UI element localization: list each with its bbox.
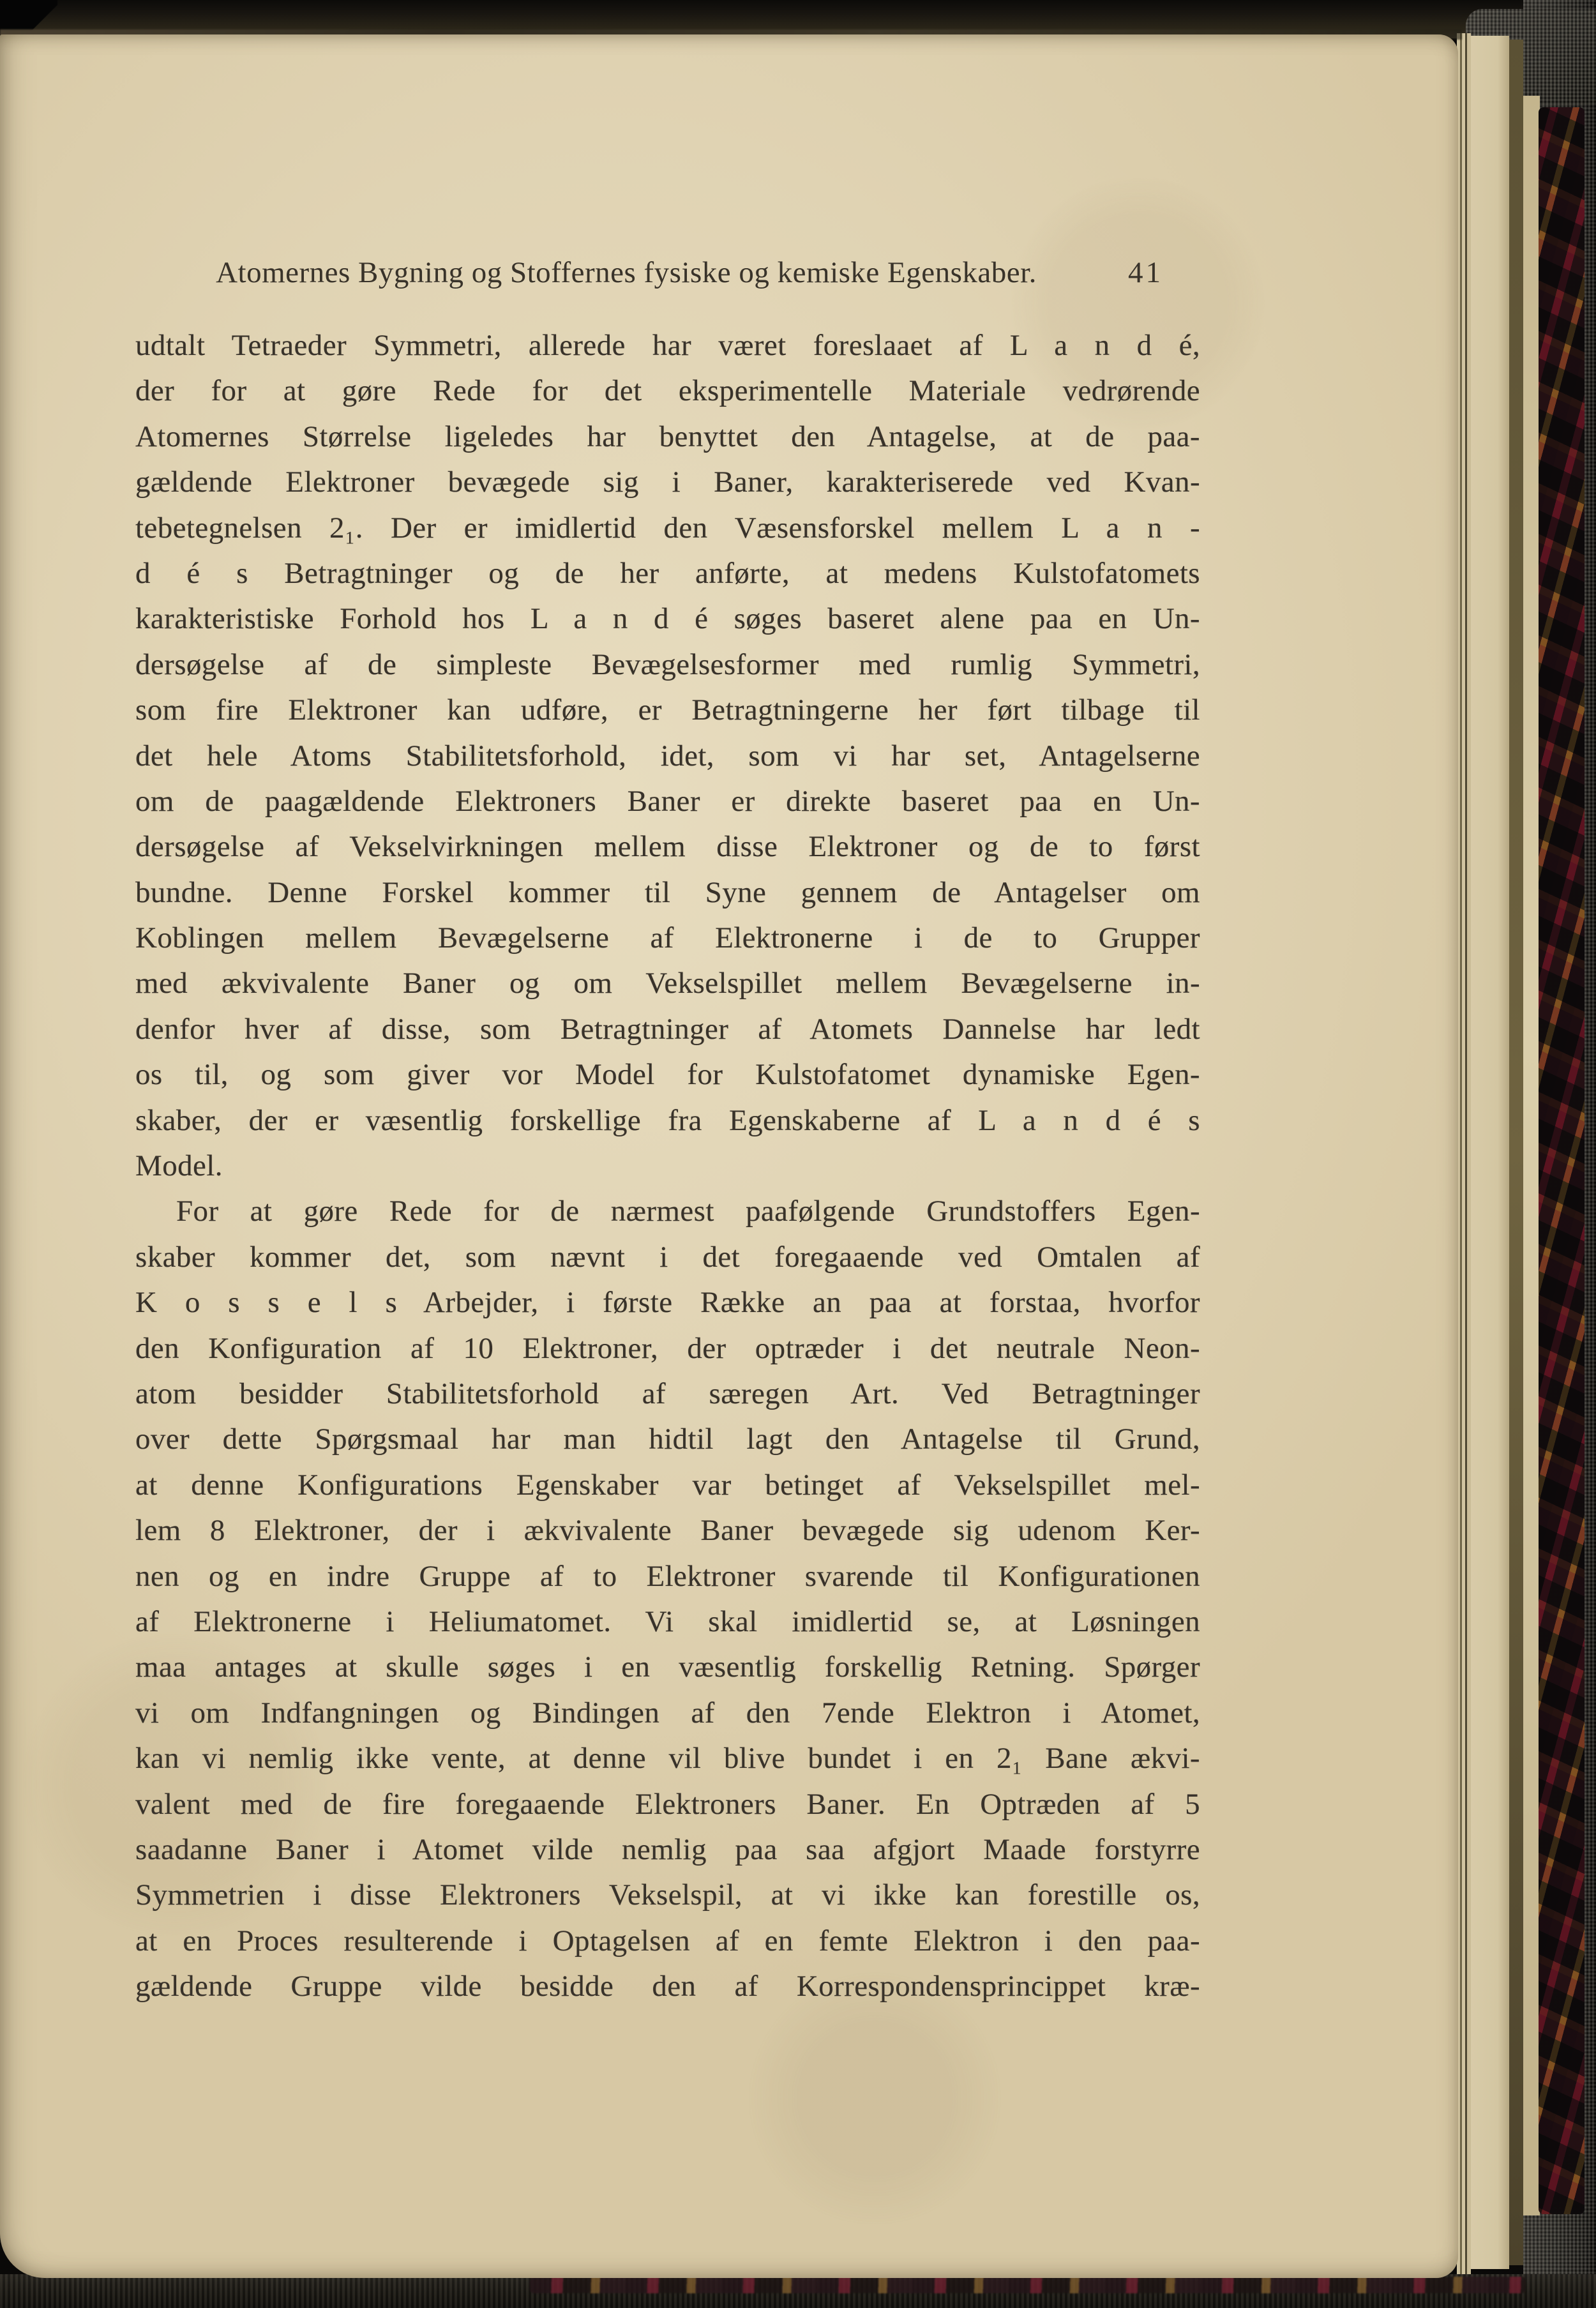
body-line: K o s s e l s Arbejder, i første Række a…: [135, 1280, 1200, 1325]
body-line: at denne Konfigurations Egenskaber var b…: [135, 1463, 1200, 1508]
body-line: med ækvivalente Baner og om Vekselspille…: [135, 961, 1200, 1006]
book-page: Atomernes Bygning og Stoffernes fysiske …: [0, 34, 1458, 2278]
running-header: Atomernes Bygning og Stoffernes fysiske …: [135, 255, 1200, 300]
scanned-book-photo: Atomernes Bygning og Stoffernes fysiske …: [0, 0, 1596, 2308]
page-block-shadow: [1509, 40, 1523, 2265]
body-line: gældende Gruppe vilde besidde den af Kor…: [135, 1964, 1200, 2009]
body-line: For at gøre Rede for de nærmest paafølge…: [135, 1189, 1200, 1234]
body-line: tebetegnelsen 2₁. Der er imidlertid den …: [135, 506, 1200, 551]
marbled-bottom-strip: [530, 2277, 1526, 2293]
body-line: som fire Elektroner kan udføre, er Betra…: [135, 688, 1200, 733]
body-line: bundne. Denne Forskel kommer til Syne ge…: [135, 870, 1200, 916]
body-line: atom besidder Stabilitetsforhold af sære…: [135, 1371, 1200, 1417]
body-text: udtalt Tetraeder Symmetri, allerede har …: [135, 323, 1200, 2009]
body-line: skaber kommer det, som nævnt i det foreg…: [135, 1235, 1200, 1280]
body-line: skaber, der er væsentlig forskellige fra…: [135, 1098, 1200, 1143]
body-line: det hele Atoms Stabilitetsforhold, idet,…: [135, 734, 1200, 779]
body-line: om de paagældende Elektroners Baner er d…: [135, 779, 1200, 824]
body-line: der for at gøre Rede for det eksperiment…: [135, 368, 1200, 414]
body-line: Symmetrien i disse Elektroners Vekselspi…: [135, 1873, 1200, 1918]
body-line: kan vi nemlig ikke vente, at denne vil b…: [135, 1736, 1200, 1781]
body-line: dersøgelse af Vekselvirkningen mellem di…: [135, 824, 1200, 870]
body-line: denfor hver af disse, som Betragtninger …: [135, 1007, 1200, 1052]
page-stack-edge: [1471, 36, 1509, 2269]
page-title: Atomernes Bygning og Stoffernes fysiske …: [135, 255, 1117, 290]
body-line: vi om Indfangningen og Bindingen af den …: [135, 1691, 1200, 1736]
body-line: os til, og som giver vor Model for Kulst…: [135, 1052, 1200, 1097]
body-line: d é s Betragtninger og de her anførte, a…: [135, 551, 1200, 596]
body-line: at en Proces resulterende i Optagelsen a…: [135, 1919, 1200, 1964]
body-line: dersøgelse af de simpleste Bevægelsesfor…: [135, 642, 1200, 688]
body-line: nen og en indre Gruppe af to Elektroner …: [135, 1554, 1200, 1599]
body-line: maa antages at skulle søges i en væsentl…: [135, 1645, 1200, 1690]
body-line: saadanne Baner i Atomet vilde nemlig paa…: [135, 1827, 1200, 1873]
body-line: lem 8 Elektroner, der i ækvivalente Bane…: [135, 1508, 1200, 1553]
page-edge-lines: [1457, 33, 1471, 2274]
body-line: udtalt Tetraeder Symmetri, allerede har …: [135, 323, 1200, 368]
body-line: over dette Spørgsmaal har man hidtil lag…: [135, 1417, 1200, 1462]
body-line: karakteristiske Forhold hos L a n d é sø…: [135, 596, 1200, 642]
body-line: af Elektronerne i Heliumatomet. Vi skal …: [135, 1599, 1200, 1645]
page-block-edge: [1523, 96, 1540, 2215]
page-number: 41: [1128, 255, 1163, 290]
marbled-board-edge: [1539, 107, 1585, 2214]
body-line: Koblingen mellem Bevægelserne af Elektro…: [135, 916, 1200, 961]
body-line: Atomernes Størrelse ligeledes har benytt…: [135, 414, 1200, 460]
body-line: valent med de fire foregaaende Elektrone…: [135, 1782, 1200, 1827]
body-line: gældende Elektroner bevægede sig i Baner…: [135, 460, 1200, 505]
body-line: den Konfiguration af 10 Elektroner, der …: [135, 1326, 1200, 1371]
body-line: Model.: [135, 1143, 1200, 1189]
